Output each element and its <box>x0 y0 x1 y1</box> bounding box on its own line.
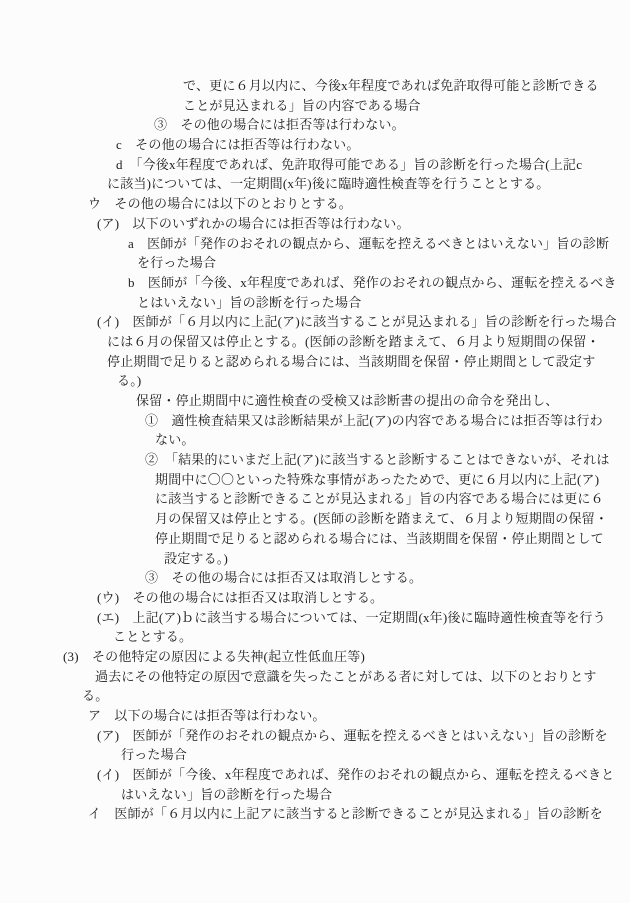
doc-line: 保留・停止期間中に適性検査の受検又は診断書の提出の命令を発出し、 <box>136 391 630 411</box>
doc-line: に該当すると診断できることが見込まれる」旨の内容である場合には更に６ <box>155 489 630 509</box>
doc-line: はいえない」旨の診断を行った場合 <box>121 785 630 805</box>
doc-line: (エ) 上記(ア)ｂに該当する場合については、一定期間(x年)後に臨時適性検査等… <box>97 608 630 628</box>
doc-line: 設定する。) <box>164 549 630 569</box>
doc-line: を行った場合 <box>137 253 630 273</box>
doc-line: ③ その他の場合には拒否又は取消しとする。 <box>145 568 630 588</box>
doc-line: 停止期間で足りると認められる場合には、当該期間を保留・停止期間として <box>155 529 630 549</box>
doc-line: c その他の場合には拒否等は行わない。 <box>116 135 630 155</box>
doc-line: ① 適性検査結果又は診断結果が上記(ア)の内容である場合には拒否等は行わ <box>145 411 630 431</box>
doc-line: 行った場合 <box>121 745 630 765</box>
doc-line: る。 <box>82 686 630 706</box>
doc-line: ない。 <box>155 430 630 450</box>
doc-line: で、更に６月以内に、今後x年程度であれば免許取得可能と診断できる <box>183 76 630 96</box>
doc-line: 停止期間で足りると認められる場合には、当該期間を保留・停止期間として設定す <box>107 352 630 372</box>
doc-line: ③ その他の場合には拒否等は行わない。 <box>154 115 630 135</box>
doc-line: (ア) 医師が「発作のおそれの観点から、運転を控えるべきとはいえない」旨の診断を <box>97 726 630 746</box>
doc-line: d 「今後x年程度であれば、免許取得可能である」旨の診断を行った場合(上記c <box>116 155 630 175</box>
doc-line: b 医師が「今後、x年程度であれば、発作のおそれの観点から、運転を控えるべき <box>128 273 630 293</box>
doc-line: (イ) 医師が「今後、x年程度であれば、発作のおそれの観点から、運転を控えるべき… <box>97 765 630 785</box>
doc-line: 期間中に〇〇といった特殊な事情があったためで、更に６月以内に上記(ア) <box>155 470 630 490</box>
doc-line: ② 「結果的にいまだ上記(ア)に該当すると診断することはできないが、それは <box>145 450 630 470</box>
doc-line: に該当)については、一定期間(x年)後に臨時適性検査等を行うこととする。 <box>107 174 630 194</box>
doc-line: ウ その他の場合には以下のとおりとする。 <box>88 194 630 214</box>
doc-line: とはいえない」旨の診断を行った場合 <box>137 293 630 313</box>
doc-line: (ウ) その他の場合には拒否又は取消しとする。 <box>97 588 630 608</box>
doc-line: こととする。 <box>113 627 630 647</box>
doc-line: 過去にその他特定の原因で意識を失ったことがある者に対しては、以下のとおりとす <box>95 667 630 687</box>
doc-line: (ア) 以下のいずれかの場合には拒否等は行わない。 <box>97 214 630 234</box>
doc-line: る。) <box>117 371 630 391</box>
doc-line: (イ) 医師が「６月以内に上記(ア)に該当することが見込まれる」旨の診断を行った… <box>97 312 630 332</box>
document-text-block: で、更に６月以内に、今後x年程度であれば免許取得可能と診断できる ことが見込まれ… <box>0 76 630 824</box>
doc-line: には６月の保留又は停止とする。(医師の診断を踏まえて、６月より短期間の保留・ <box>107 332 630 352</box>
doc-line: a 医師が「発作のおそれの観点から、運転を控えるべきとはいえない」旨の診断 <box>128 234 630 254</box>
doc-line: 月の保留又は停止とする。(医師の診断を踏まえて、６月より短期間の保留・ <box>155 509 630 529</box>
document-page: で、更に６月以内に、今後x年程度であれば免許取得可能と診断できる ことが見込まれ… <box>0 0 630 903</box>
doc-line: (3) その他特定の原因による失神(起立性低血圧等) <box>63 647 630 667</box>
doc-line: イ 医師が「６月以内に上記アに該当すると診断できることが見込まれる」旨の診断を <box>88 804 630 824</box>
doc-line: ことが見込まれる」旨の内容である場合 <box>183 96 630 116</box>
doc-line: ア 以下の場合には拒否等は行わない。 <box>88 706 630 726</box>
